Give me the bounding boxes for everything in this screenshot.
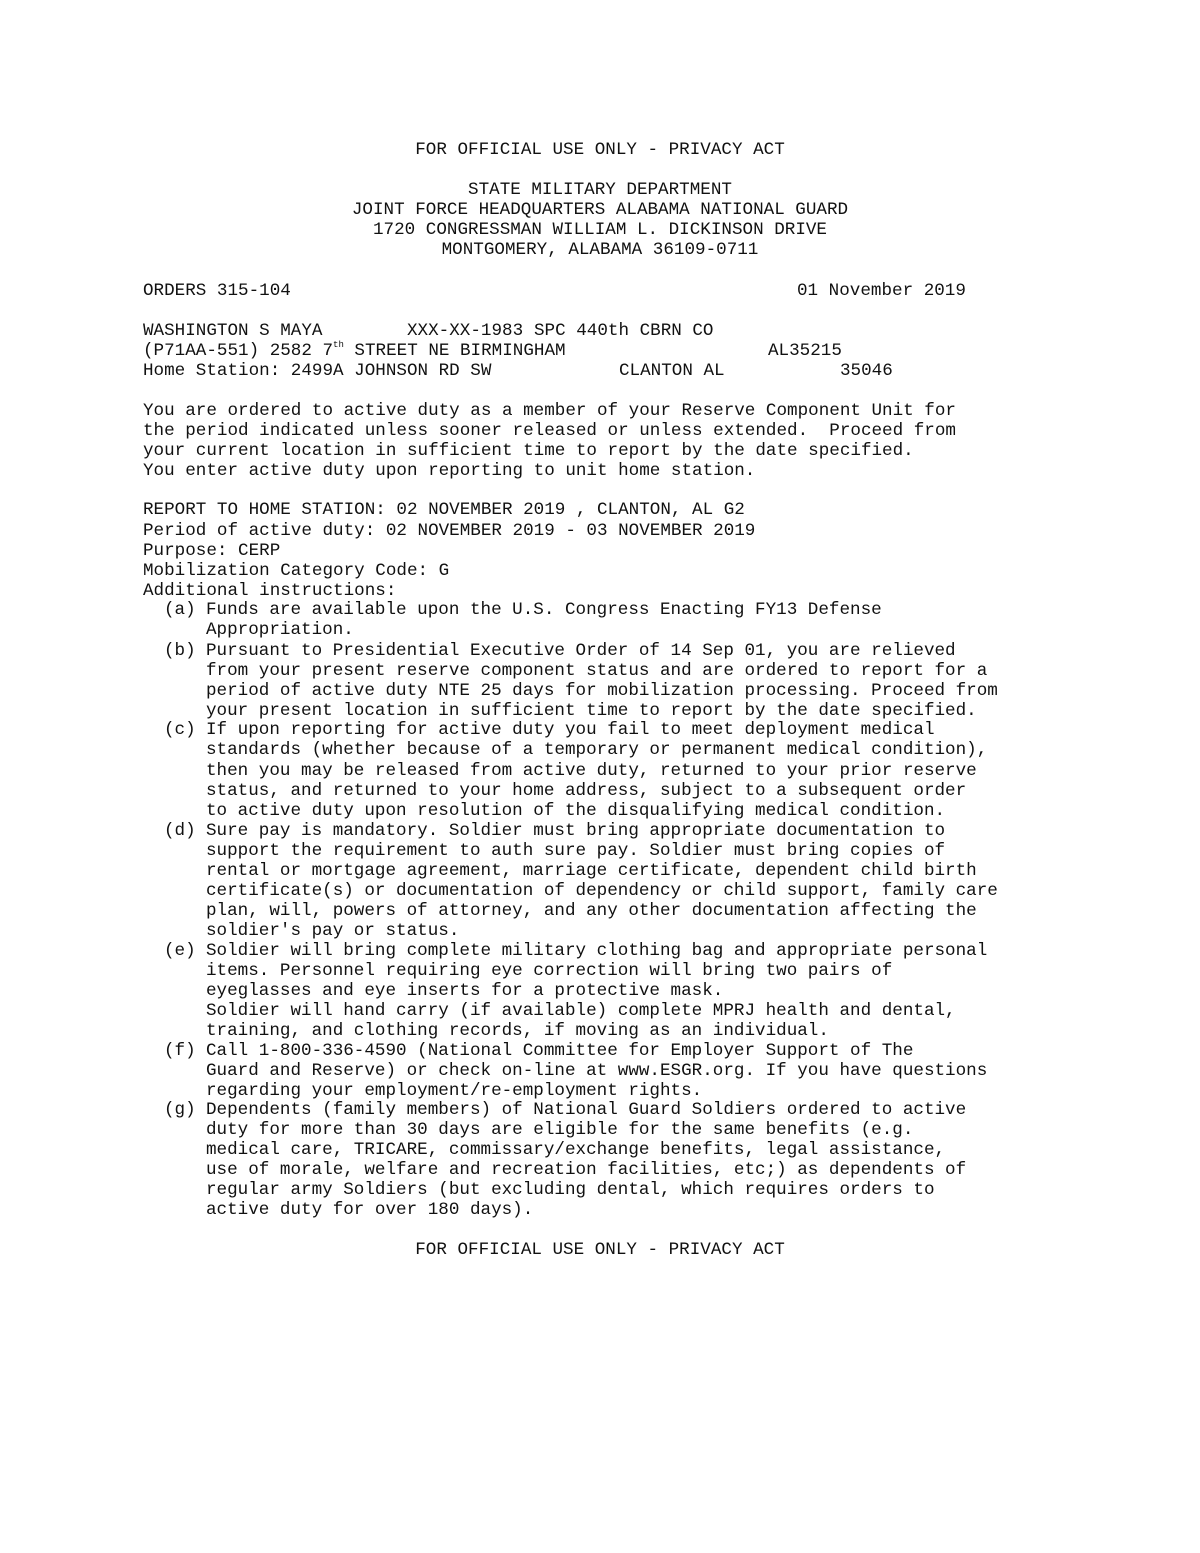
- instruction-line: to active duty upon resolution of the di…: [206, 801, 945, 821]
- instruction-line: then you may be released from active dut…: [206, 761, 977, 781]
- instruction-line: status, and returned to your home addres…: [206, 781, 966, 801]
- instruction-line: Soldier will hand carry (if available) c…: [206, 1001, 956, 1021]
- letterhead-headquarters: JOINT FORCE HEADQUARTERS ALABAMA NATIONA…: [0, 200, 1200, 220]
- instruction-label: (d): [164, 821, 196, 841]
- instruction-label: (g): [164, 1100, 196, 1120]
- instruction-line: period of active duty NTE 25 days for mo…: [206, 681, 998, 701]
- instruction-line: regarding your employment/re-employment …: [206, 1081, 702, 1101]
- instruction-line: training, and clothing records, if movin…: [206, 1021, 829, 1041]
- mobilization-category: Mobilization Category Code: G: [143, 561, 449, 581]
- instruction-line: medical care, TRICARE, commissary/exchan…: [206, 1140, 945, 1160]
- instruction-line: use of morale, welfare and recreation fa…: [206, 1160, 966, 1180]
- instruction-line: If upon reporting for active duty you fa…: [206, 720, 935, 740]
- instruction-line: active duty for over 180 days).: [206, 1200, 533, 1220]
- soldier-address: (P71AA-551) 2582 7th STREET NE BIRMINGHA…: [143, 341, 566, 361]
- instruction-label: (c): [164, 720, 196, 740]
- instruction-label: (a): [164, 600, 196, 620]
- intro-line: You are ordered to active duty as a memb…: [143, 401, 956, 421]
- additional-instructions-heading: Additional instructions:: [143, 581, 396, 601]
- letterhead-street: 1720 CONGRESSMAN WILLIAM L. DICKINSON DR…: [0, 220, 1200, 240]
- instruction-line: duty for more than 30 days are eligible …: [206, 1120, 913, 1140]
- instruction-line: Soldier will bring complete military clo…: [206, 941, 987, 961]
- instruction-line: Funds are available upon the U.S. Congre…: [206, 600, 882, 620]
- soldier-address-state-zip: AL35215: [768, 341, 842, 361]
- instruction-line: Dependents (family members) of National …: [206, 1100, 966, 1120]
- soldier-rank-unit: SPC 440th CBRN CO: [534, 321, 714, 341]
- instruction-line: regular army Soldiers (but excluding den…: [206, 1180, 935, 1200]
- instruction-line: standards (whether because of a temporar…: [206, 740, 987, 760]
- instruction-line: rental or mortgage agreement, marriage c…: [206, 861, 977, 881]
- instruction-line: your present location in sufficient time…: [206, 701, 977, 721]
- instruction-line: eyeglasses and eye inserts for a protect…: [206, 981, 723, 1001]
- soldier-ssn: XXX-XX-1983: [407, 321, 523, 341]
- instruction-line: plan, will, powers of attorney, and any …: [206, 901, 977, 921]
- orders-number: ORDERS 315-104: [143, 281, 291, 301]
- classification-header: FOR OFFICIAL USE ONLY - PRIVACY ACT: [0, 140, 1200, 160]
- instruction-line: soldier's pay or status.: [206, 921, 459, 941]
- classification-footer: FOR OFFICIAL USE ONLY - PRIVACY ACT: [0, 1240, 1200, 1260]
- instruction-line: Appropriation.: [206, 620, 354, 640]
- instruction-label: (e): [164, 941, 196, 961]
- soldier-name: WASHINGTON S MAYA: [143, 321, 323, 341]
- instruction-label: (f): [164, 1041, 196, 1061]
- period-of-active-duty: Period of active duty: 02 NOVEMBER 2019 …: [143, 521, 755, 541]
- instruction-line: support the requirement to auth sure pay…: [206, 841, 945, 861]
- address-prefix: (P71AA-551) 2582 7: [143, 341, 333, 361]
- instruction-line: Sure pay is mandatory. Soldier must brin…: [206, 821, 945, 841]
- letterhead-department: STATE MILITARY DEPARTMENT: [0, 180, 1200, 200]
- intro-line: You enter active duty upon reporting to …: [143, 461, 755, 481]
- report-to-home-station: REPORT TO HOME STATION: 02 NOVEMBER 2019…: [143, 500, 745, 520]
- instruction-line: Pursuant to Presidential Executive Order…: [206, 641, 956, 661]
- home-station-city: CLANTON AL: [619, 361, 725, 381]
- purpose: Purpose: CERP: [143, 541, 280, 561]
- letterhead-city: MONTGOMERY, ALABAMA 36109-0711: [0, 240, 1200, 260]
- intro-line: your current location in sufficient time…: [143, 441, 914, 461]
- instruction-line: items. Personnel requiring eye correctio…: [206, 961, 892, 981]
- home-station-zip: 35046: [840, 361, 893, 381]
- address-suffix: STREET NE BIRMINGHAM: [344, 341, 566, 361]
- instruction-line: certificate(s) or documentation of depen…: [206, 881, 998, 901]
- address-ordinal-suffix: th: [333, 340, 344, 350]
- orders-date: 01 November 2019: [797, 281, 966, 301]
- instruction-line: Call 1-800-336-4590 (National Committee …: [206, 1041, 913, 1061]
- instruction-label: (b): [164, 641, 196, 661]
- home-station: Home Station: 2499A JOHNSON RD SW: [143, 361, 491, 381]
- instruction-line: Guard and Reserve) or check on-line at w…: [206, 1061, 987, 1081]
- orders-document: FOR OFFICIAL USE ONLY - PRIVACY ACT STAT…: [0, 0, 1200, 1553]
- instruction-line: from your present reserve component stat…: [206, 661, 987, 681]
- intro-line: the period indicated unless sooner relea…: [143, 421, 956, 441]
